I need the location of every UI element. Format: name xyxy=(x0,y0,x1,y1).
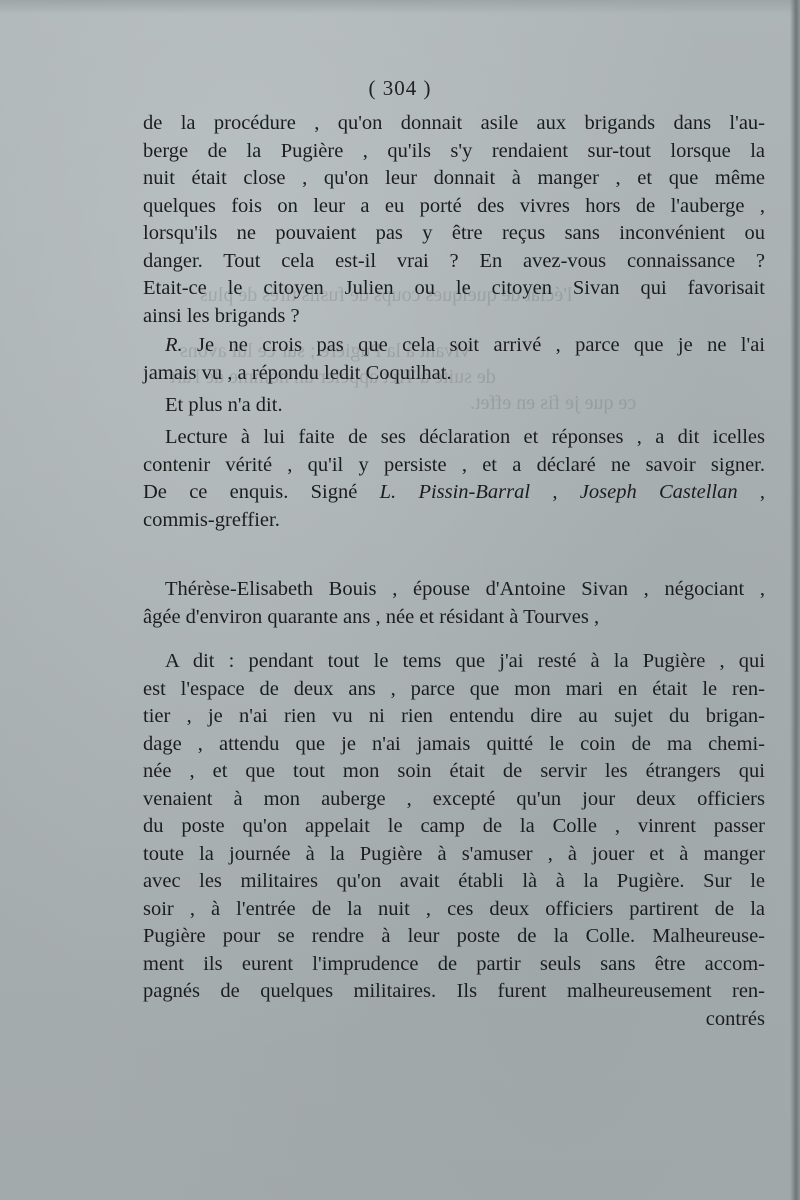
page-number: ( 304 ) xyxy=(0,76,800,101)
text-line: commis-greffier. xyxy=(143,507,765,535)
text-line: ment ils eurent l'imprudence de partir s… xyxy=(143,951,765,979)
text-line: Et plus n'a dit. xyxy=(143,392,765,420)
text-line: quelques fois on leur a eu porté des viv… xyxy=(143,193,765,221)
text-line: ainsi les brigands ? xyxy=(143,303,765,331)
text-line: toute la journée à la Pugière à s'amuser… xyxy=(143,841,765,869)
text-line: soir , à l'entrée de la nuit , ces deux … xyxy=(143,896,765,924)
text-line: née , et que tout mon soin était de serv… xyxy=(143,758,765,786)
page-top-edge xyxy=(0,0,800,14)
paragraph-witness-testimony: A dit : pendant tout le tems que j'ai re… xyxy=(143,648,765,1033)
text-line: A dit : pendant tout le tems que j'ai re… xyxy=(143,648,765,676)
text-line: danger. Tout cela est-il vrai ? En avez-… xyxy=(143,248,765,276)
book-page: l'éclat de quelques coups de fusils tiré… xyxy=(0,0,800,1200)
text-line: Lecture à lui faite de ses déclaration e… xyxy=(143,424,765,452)
paragraph-reading-statement: Lecture à lui faite de ses déclaration e… xyxy=(143,424,765,534)
signature-line: De ce enquis. Signé L. Pissin-Barral , J… xyxy=(143,479,765,507)
signature-castellan: Joseph Castellan xyxy=(580,481,738,503)
text-line: du poste qu'on appelait le camp de la Co… xyxy=(143,813,765,841)
paragraph-question: de la procédure , qu'on donnait asile au… xyxy=(143,110,765,330)
page-gutter-shadow xyxy=(790,0,800,1200)
text-line: âgée d'environ quarante ans , née et rés… xyxy=(143,604,765,632)
text-line: contenir vérité , qu'il y persiste , et … xyxy=(143,452,765,480)
text-line: berge de la Pugière , qu'ils s'y rendaie… xyxy=(143,138,765,166)
text-line: dage , attendu que je n'ai jamais quitté… xyxy=(143,731,765,759)
text-line: tier , je n'ai rien vu ni rien entendu d… xyxy=(143,703,765,731)
text-line: Etait-ce le citoyen Julien ou le citoyen… xyxy=(143,275,765,303)
text-line: jamais vu , a répondu ledit Coquilhat. xyxy=(143,360,765,388)
text-line: lorsqu'ils ne pouvaient pas y être reçus… xyxy=(143,220,765,248)
text-line: venaient à mon auberge , excepté qu'un j… xyxy=(143,786,765,814)
signature-pissin-barral: L. Pissin-Barral xyxy=(380,481,530,503)
text-line: Thérèse-Elisabeth Bouis , épouse d'Antoi… xyxy=(143,576,765,604)
catchword: contrés xyxy=(143,1006,765,1034)
text-line: est l'espace de deux ans , parce que mon… xyxy=(143,676,765,704)
text-line: Pugière pour se rendre à leur poste de l… xyxy=(143,923,765,951)
paragraph-witness-intro: Thérèse-Elisabeth Bouis , épouse d'Antoi… xyxy=(143,576,765,631)
text-line: de la procédure , qu'on donnait asile au… xyxy=(143,110,765,138)
answer-marker: R. xyxy=(165,334,183,356)
text-line: R. Je ne crois pas que cela soit arrivé … xyxy=(143,332,765,360)
paragraph-closing: Et plus n'a dit. xyxy=(143,392,765,420)
text-line: nuit était close , qu'on leur donnait à … xyxy=(143,165,765,193)
paragraph-answer: R. Je ne crois pas que cela soit arrivé … xyxy=(143,332,765,387)
text-line: pagnés de quelques militaires. Ils furen… xyxy=(143,978,765,1006)
text-line: avec les militaires qu'on avait établi l… xyxy=(143,868,765,896)
